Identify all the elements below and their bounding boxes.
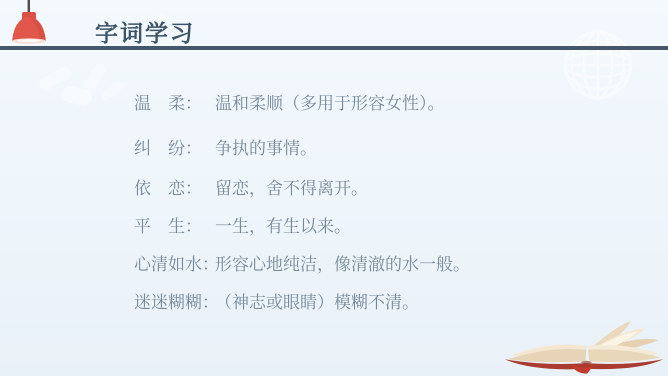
- vocab-row: 依 恋： 留恋，舍不得离开。: [134, 179, 470, 199]
- pendant-lamp-icon: [9, 0, 49, 46]
- vocab-row: 迷迷糊糊： （神志或眼睛）模糊不清。: [134, 293, 470, 313]
- vocab-definition: 留恋，舍不得离开。: [215, 179, 368, 199]
- vocab-definition: （神志或眼睛）模糊不清。: [215, 293, 419, 313]
- vocab-term: 纠 纷：: [134, 139, 215, 159]
- vocab-row: 纠 纷： 争执的事情。: [134, 139, 470, 159]
- decor-stroke: [37, 65, 73, 92]
- vocab-term: 依 恋：: [134, 179, 215, 199]
- vocab-definition: 形容心地纯洁，像清澈的水一般。: [215, 255, 470, 275]
- vocab-definition: 温和柔顺（多用于形容女性）。: [215, 94, 445, 114]
- vocab-row: 平 生： 一生，有生以来。: [134, 217, 470, 237]
- vocab-term: 心清如水：: [134, 255, 215, 275]
- open-book-illustration: [478, 316, 668, 376]
- vocab-definition: 一生，有生以来。: [215, 217, 351, 237]
- decor-stroke: [61, 85, 94, 107]
- vocab-definition: 争执的事情。: [215, 139, 317, 159]
- vocab-term: 迷迷糊糊：: [134, 293, 215, 313]
- vocab-row: 温 柔： 温和柔顺（多用于形容女性）。: [134, 94, 470, 114]
- vocab-list: 温 柔： 温和柔顺（多用于形容女性）。 纠 纷： 争执的事情。 依 恋： 留恋，…: [134, 94, 470, 331]
- decor-stroke: [80, 61, 108, 96]
- slide: 字词学习 温 柔： 温和柔顺（多用于形容女性）。 纠 纷： 争执的事情。 依 恋…: [0, 0, 668, 376]
- globe-watermark-icon: [558, 25, 638, 105]
- vocab-term: 温 柔：: [134, 94, 215, 114]
- vocab-term: 平 生：: [134, 217, 215, 237]
- slide-title: 字词学习: [95, 15, 195, 48]
- vocab-row: 心清如水： 形容心地纯洁，像清澈的水一般。: [134, 255, 470, 275]
- decor-stroke: [99, 80, 125, 102]
